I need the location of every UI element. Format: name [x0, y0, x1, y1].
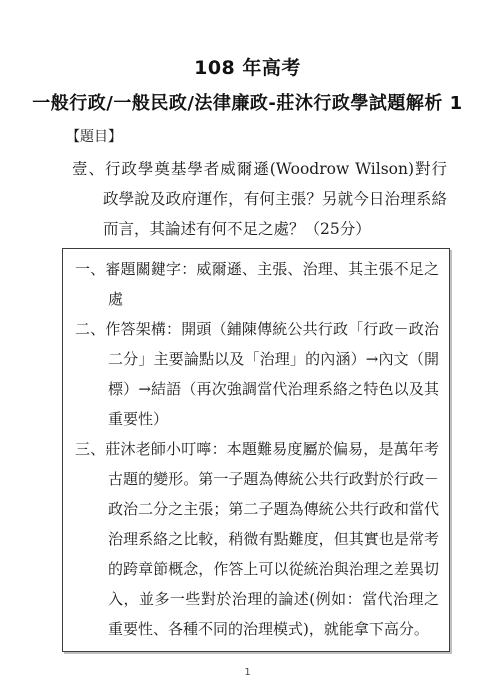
analysis-item-structure: 二、作答架構：開頭（鋪陳傳統公共行政「行政－政治二分」主要論點以及「治理」的內涵…	[75, 314, 439, 434]
question-paragraph: 壹、行政學奠基學者威爾遜(Woodrow Wilson)對行政學說及政府運作，有…	[72, 154, 447, 244]
analysis-item-marker: 二、	[75, 320, 105, 338]
page-number: 1	[0, 667, 495, 678]
page-title: 108 年高考	[0, 56, 495, 80]
analysis-item-teacher-tip: 三、莊沐老師小叮嚀：本題難易度屬於偏易，是萬年考古題的變形。第一子題為傳統公共行…	[75, 434, 439, 644]
analysis-box: 一、審題關鍵字：威爾遜、主張、治理、其主張不足之處 二、作答架構：開頭（鋪陳傳統…	[62, 248, 450, 652]
analysis-item-marker: 一、	[75, 260, 105, 278]
analysis-item-text: 作答架構：開頭（鋪陳傳統公共行政「行政－政治二分」主要論點以及「治理」的內涵）→…	[105, 320, 439, 428]
section-label-question: 【題目】	[66, 128, 495, 146]
analysis-item-marker: 三、	[75, 440, 105, 458]
document-page: 108 年高考 一般行政/一般民政/法律廉政-莊沐行政學試題解析 1 【題目】 …	[0, 0, 495, 700]
question-text: 行政學奠基學者威爾遜(Woodrow Wilson)對行政學說及政府運作，有何主…	[103, 160, 447, 238]
page-subtitle: 一般行政/一般民政/法律廉政-莊沐行政學試題解析 1	[0, 92, 495, 116]
analysis-item-text: 莊沐老師小叮嚀：本題難易度屬於偏易，是萬年考古題的變形。第一子題為傳統公共行政對…	[105, 440, 439, 638]
analysis-item-keywords: 一、審題關鍵字：威爾遜、主張、治理、其主張不足之處	[75, 254, 439, 314]
question-marker: 壹、	[72, 160, 105, 178]
analysis-item-text: 審題關鍵字：威爾遜、主張、治理、其主張不足之處	[105, 260, 439, 308]
